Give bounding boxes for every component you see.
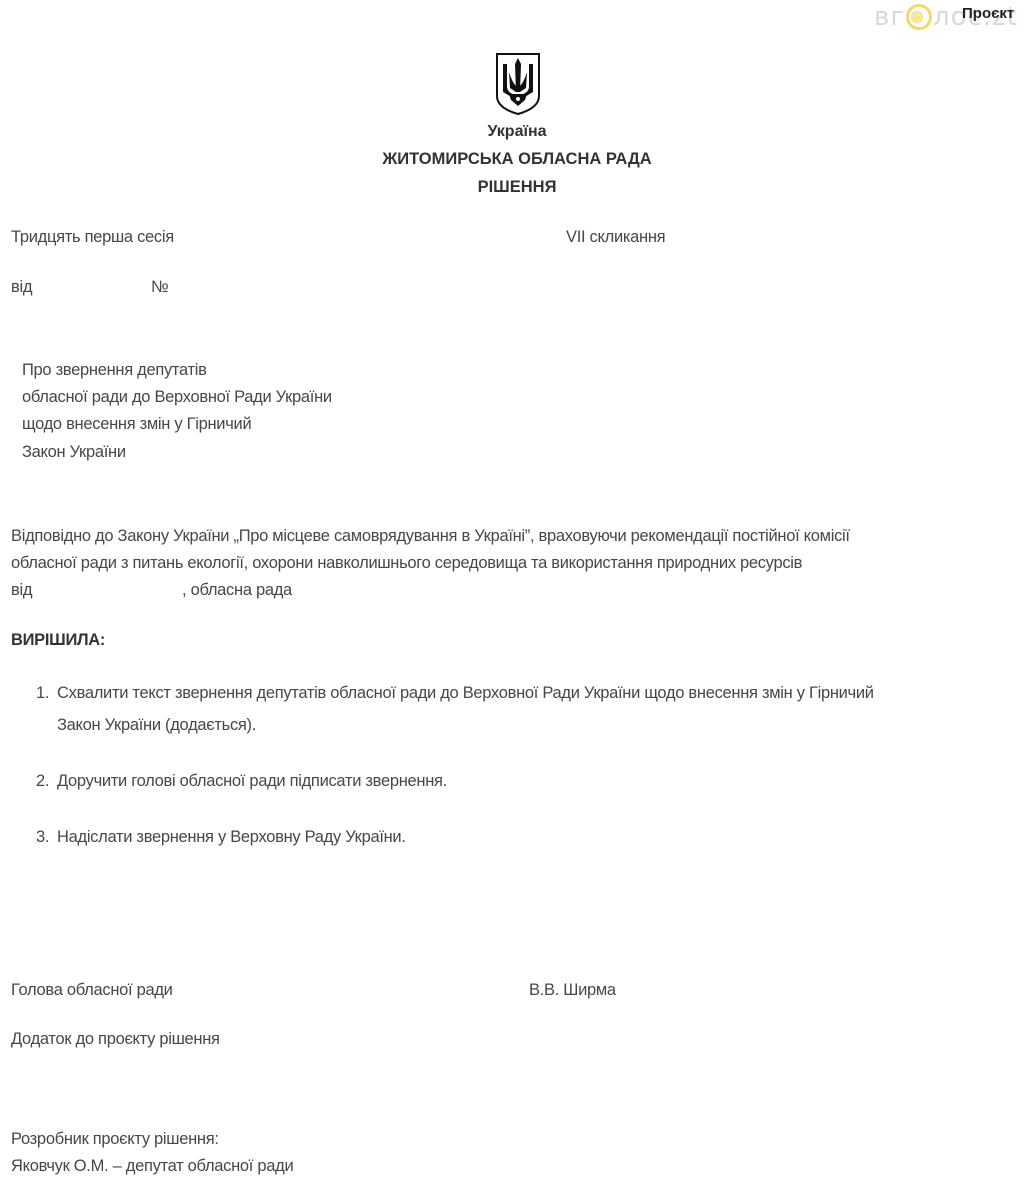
appendix-note: Додаток до проєкту рішення	[11, 1030, 220, 1049]
trident-coat-of-arms-icon	[495, 52, 541, 116]
subject-line: обласної ради до Верховної Ради України	[22, 388, 332, 407]
council-heading: ЖИТОМИРСЬКА ОБЛАСНА РАДА	[5, 150, 1024, 169]
item-number: 3.	[36, 828, 49, 847]
signature-name: В.В. Ширма	[529, 981, 616, 1000]
item-text-continued: Закон України (додається).	[57, 716, 256, 735]
project-label: Проєкт	[962, 5, 1014, 22]
item-text: Доручити голові обласної ради підписати …	[57, 772, 447, 791]
preamble-council: , обласна рада	[182, 581, 292, 600]
preamble-line: обласної ради з питань екології, охорони…	[11, 554, 802, 573]
item-number: 2.	[36, 772, 49, 791]
item-text: Схвалити текст звернення депутатів облас…	[57, 684, 874, 703]
item-text: Надіслати звернення у Верховну Раду Укра…	[57, 828, 406, 847]
sun-logo-icon	[906, 4, 932, 30]
decision-heading: РІШЕННЯ	[5, 178, 1024, 197]
subject-line: Закон України	[22, 443, 126, 462]
date-label: від	[11, 278, 32, 297]
watermark-prefix: вг	[874, 2, 905, 32]
convocation-label: VII скликання	[566, 228, 665, 247]
developer-label: Розробник проєкту рішення:	[11, 1130, 219, 1149]
preamble-line: Відповідно до Закону України „Про місцев…	[11, 527, 850, 546]
signature-title: Голова обласної ради	[11, 981, 173, 1000]
resolved-heading: ВИРІШИЛА:	[11, 631, 105, 650]
number-label: №	[151, 278, 168, 297]
preamble-date-label: від	[11, 581, 32, 600]
session-label: Тридцять перша сесія	[11, 228, 174, 247]
developer-name: Яковчук О.М. – депутат обласної ради	[11, 1157, 293, 1176]
item-number: 1.	[36, 684, 49, 703]
subject-line: щодо внесення змін у Гірничий	[22, 415, 251, 434]
country-heading: Україна	[5, 123, 1024, 141]
subject-line: Про звернення депутатів	[22, 361, 207, 380]
